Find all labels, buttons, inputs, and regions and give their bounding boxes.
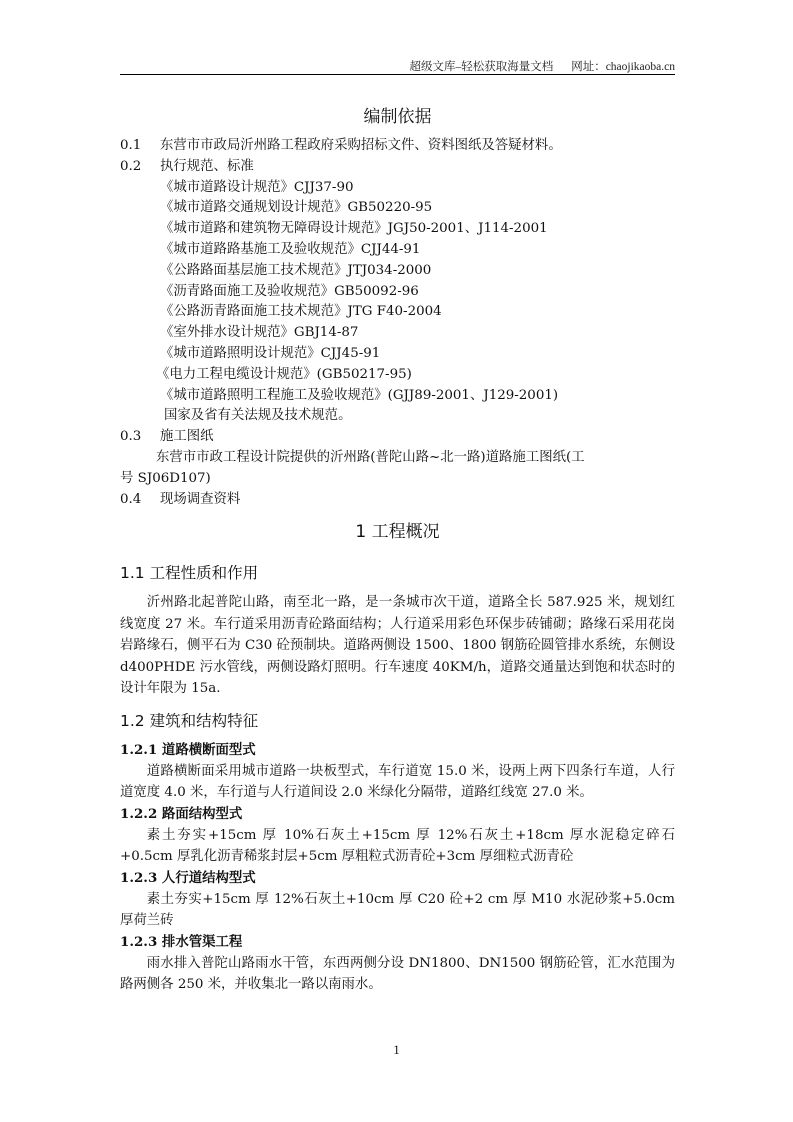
item-text: 东营市市政局沂州路工程政府采购招标文件、资料图纸及答疑材料。: [160, 138, 562, 153]
header-divider: [120, 74, 675, 75]
standard-item: 《城市道路路基施工及验收规范》CJJ44-91: [120, 240, 675, 261]
subsection-body-1-2-2: 素土夯实+15cm 厚 10%石灰土+15cm 厚 12%石灰土+18cm 厚水…: [120, 825, 675, 868]
subsection-title-1-2-2: 1.2.2 路面结构型式: [120, 804, 675, 825]
subsection-title-drainage: 1.2.3 排水管渠工程: [120, 932, 675, 953]
header-site-name: 超级文库–轻松获取海量文档: [409, 61, 553, 73]
basis-item-0-4: 0.4现场调查资料: [120, 490, 675, 511]
item-text: 执行规范、标准: [160, 159, 254, 174]
item-number: 0.3: [120, 427, 160, 448]
drawings-description-line2: 号 SJ06D107): [120, 469, 675, 490]
drawings-description-line1: 东营市市政工程设计院提供的沂州路(普陀山路~北一路)道路施工图纸(工: [120, 448, 675, 469]
item-text: 施工图纸: [160, 429, 214, 444]
subsection-body-1-2-3: 素土夯实+15cm 厚 12%石灰土+10cm 厚 C20 砼+2 cm 厚 M…: [120, 889, 675, 932]
standard-item: 《电力工程电缆设计规范》(GB50217-95): [120, 365, 675, 386]
basis-item-0-1: 0.1东营市市政局沂州路工程政府采购招标文件、资料图纸及答疑材料。: [120, 136, 675, 157]
section-body-1-1: 沂州路北起普陀山路，南至北一路，是一条城市次干道，道路全长 587.925 米，…: [120, 592, 675, 700]
chapter-title: 1 工程概况: [120, 512, 675, 552]
item-number: 0.2: [120, 157, 160, 178]
standard-item: 《城市道路和建筑物无障碍设计规范》JGJ50-2001、J114-2001: [120, 219, 675, 240]
standard-item: 《城市道路照明工程施工及验收规范》(GJJ89-2001、J129-2001): [120, 386, 675, 407]
header-url: 网址：chaojikaoba.cn: [571, 61, 675, 73]
standard-item: 《城市道路交通规划设计规范》GB50220-95: [120, 198, 675, 219]
item-text: 现场调查资料: [160, 492, 240, 507]
standard-item: 《城市道路照明设计规范》CJJ45-91: [120, 344, 675, 365]
document-body: 编制依据 0.1东营市市政局沂州路工程政府采购招标文件、资料图纸及答疑材料。 0…: [120, 100, 675, 996]
standard-item: 《公路沥青路面施工技术规范》JTG F40-2004: [120, 302, 675, 323]
standard-item: 《沥青路面施工及验收规范》GB50092-96: [120, 282, 675, 303]
item-number: 0.1: [120, 136, 160, 157]
standards-list: 《城市道路设计规范》CJJ37-90 《城市道路交通规划设计规范》GB50220…: [120, 178, 675, 428]
subsection-title-1-2-1: 1.2.1 道路横断面型式: [120, 740, 675, 761]
subsection-body-1-2-1: 道路横断面采用城市道路一块板型式，车行道宽 15.0 米，设两上两下四条行车道，…: [120, 761, 675, 804]
standard-item: 国家及省有关法规及技术规范。: [120, 406, 675, 427]
subsection-title-1-2-3: 1.2.3 人行道结构型式: [120, 868, 675, 889]
basis-item-0-3: 0.3施工图纸: [120, 427, 675, 448]
basis-item-0-2: 0.2执行规范、标准: [120, 157, 675, 178]
subsection-body-drainage: 雨水排入普陀山路雨水干管，东西两侧分设 DN1800、DN1500 钢筋砼管，汇…: [120, 953, 675, 996]
basis-title: 编制依据: [120, 100, 675, 134]
section-title-1-1: 1.1 工程性质和作用: [120, 556, 675, 590]
section-title-1-2: 1.2 建筑和结构特征: [120, 704, 675, 738]
standard-item: 《公路路面基层施工技术规范》JTJ034-2000: [120, 261, 675, 282]
page-number: 1: [0, 1042, 793, 1058]
standard-item: 《室外排水设计规范》GBJ14-87: [120, 323, 675, 344]
item-number: 0.4: [120, 490, 160, 511]
page-header: 超级文库–轻松获取海量文档网址：chaojikaoba.cn: [120, 58, 675, 74]
standard-item: 《城市道路设计规范》CJJ37-90: [120, 178, 675, 199]
